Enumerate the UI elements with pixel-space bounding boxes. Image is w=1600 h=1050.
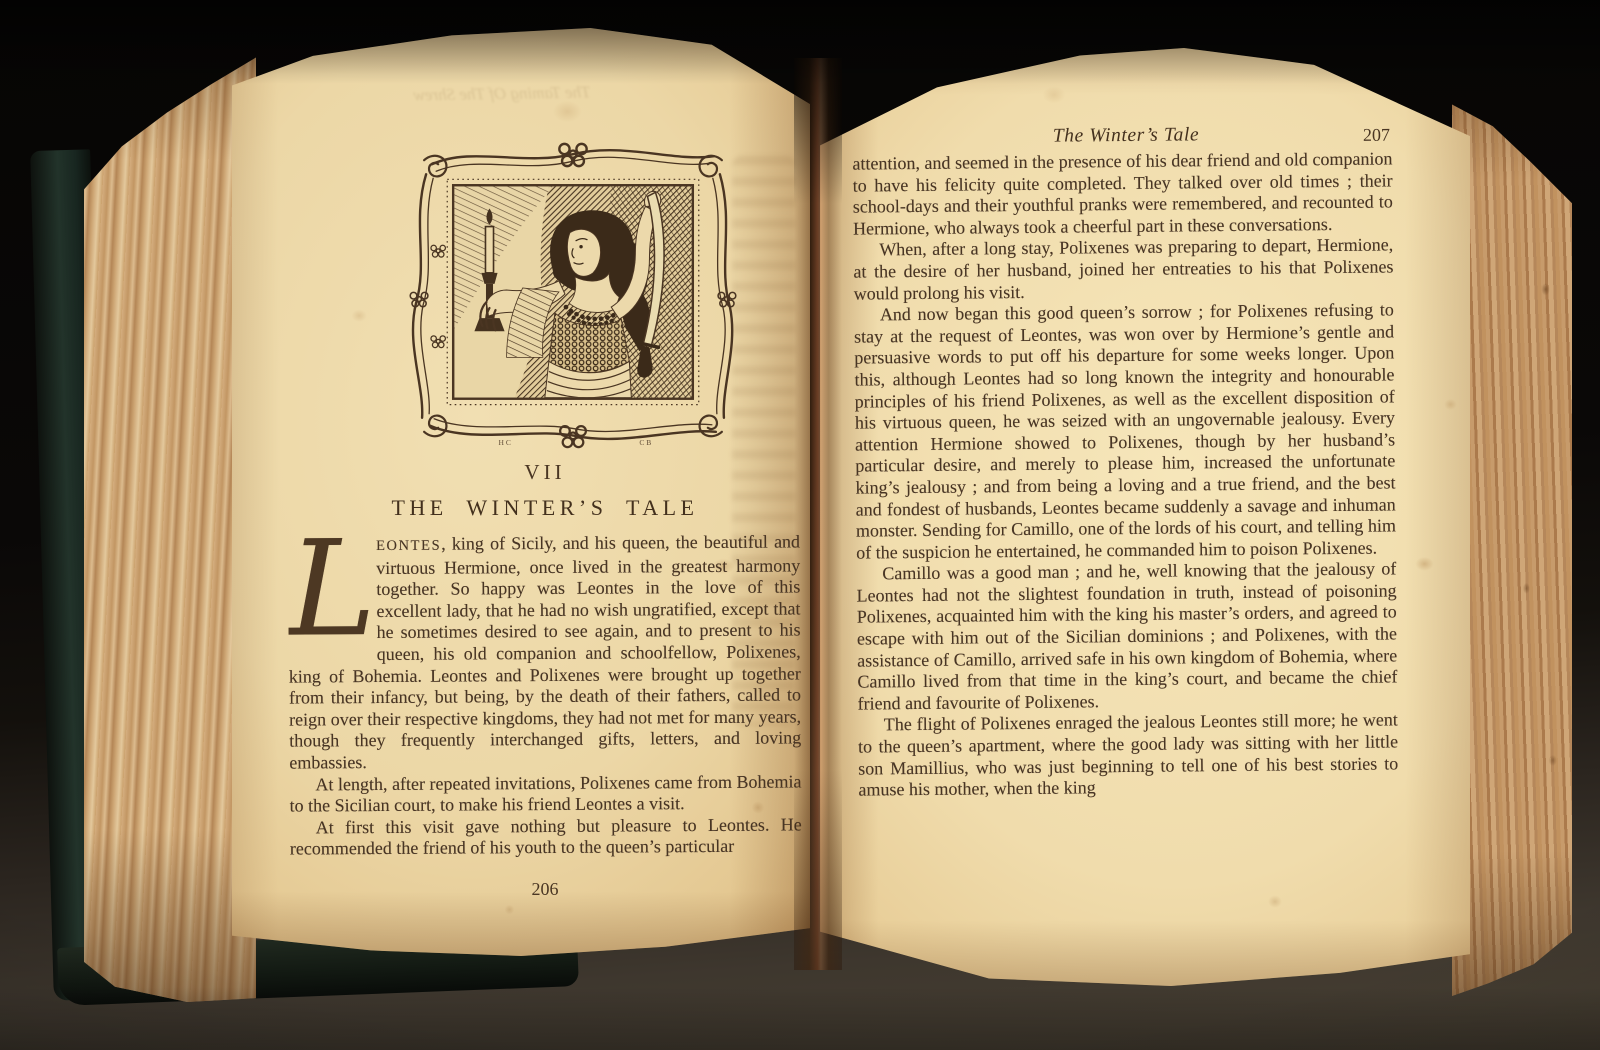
artist-monogram-right: C B [639, 438, 651, 447]
chapter-illustration: H C C B [398, 130, 748, 462]
paragraph: When, after a long stay, Polixenes was p… [853, 235, 1394, 305]
left-page-text: LEONTES, king of Sicily, and his queen, … [288, 531, 802, 870]
left-fore-edge-pages [84, 46, 256, 1002]
paragraph: attention, and seemed in the presence of… [852, 148, 1393, 240]
artist-monogram-left: H C [499, 438, 511, 447]
paragraph: At first this visit gave nothing but ple… [290, 814, 802, 860]
running-header-row: The Winter’s Tale 207 [856, 123, 1396, 150]
chapter-title: THE WINTER’S TALE [289, 495, 801, 521]
opening-paragraph: LEONTES, king of Sicily, and his queen, … [288, 531, 801, 774]
paragraph: At length, after repeated invitations, P… [289, 771, 801, 817]
winters-tale-plate: H C C B [398, 130, 748, 462]
left-paragraph-list: At length, after repeated invitations, P… [289, 771, 802, 861]
plate-scene [454, 186, 691, 398]
showthrough-header-text: The Taming Of The Shrew [352, 81, 652, 106]
right-page-text: attention, and seemed in the presence of… [852, 148, 1399, 919]
lead-small-caps: EONTES [376, 538, 441, 554]
paragraph: And now began this good queen’s sorrow ;… [854, 300, 1396, 564]
right-fore-edge-pages [1452, 90, 1572, 996]
page-number-left: 206 [289, 879, 801, 900]
chapter-number: VII [289, 460, 801, 485]
running-header: The Winter’s Tale [1053, 124, 1200, 146]
drop-cap-letter: L [288, 541, 365, 647]
open-book-photo: The Taming Of The Shrew [0, 0, 1600, 1050]
left-page: The Taming Of The Shrew [232, 28, 810, 956]
paragraph: The flight of Polixenes enraged the jeal… [858, 710, 1399, 802]
paragraph: Camillo was a good man ; and he, well kn… [856, 559, 1397, 715]
right-page: The Winter’s Tale 207 attention, and see… [820, 48, 1470, 986]
page-number-right: 207 [1363, 125, 1390, 146]
